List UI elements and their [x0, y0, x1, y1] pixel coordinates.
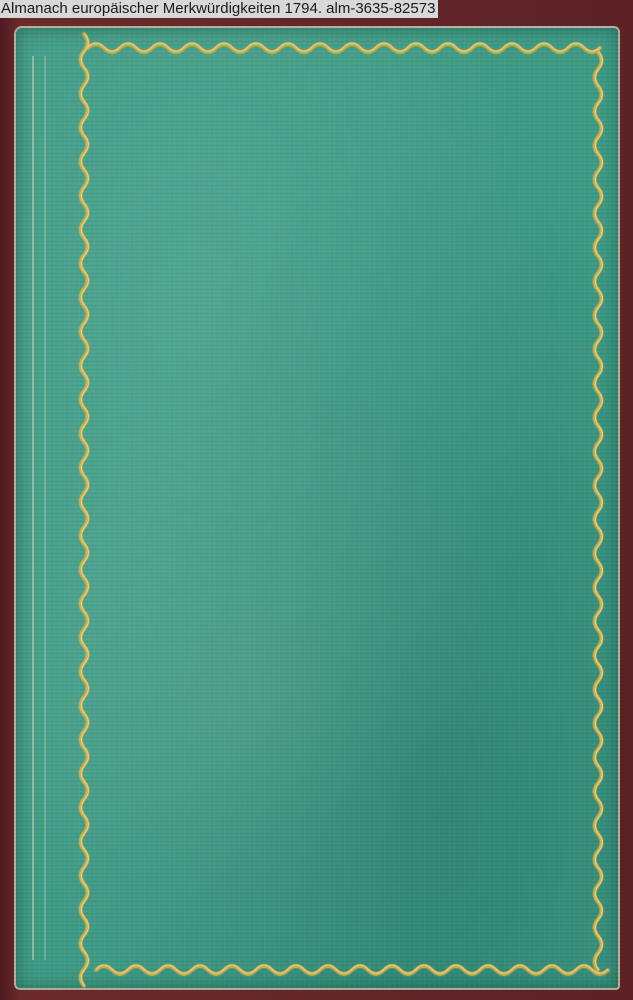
image-caption: Almanach europäischer Merkwürdigkeiten 1…	[0, 0, 438, 18]
gold-wavy-border-icon	[0, 0, 633, 1000]
